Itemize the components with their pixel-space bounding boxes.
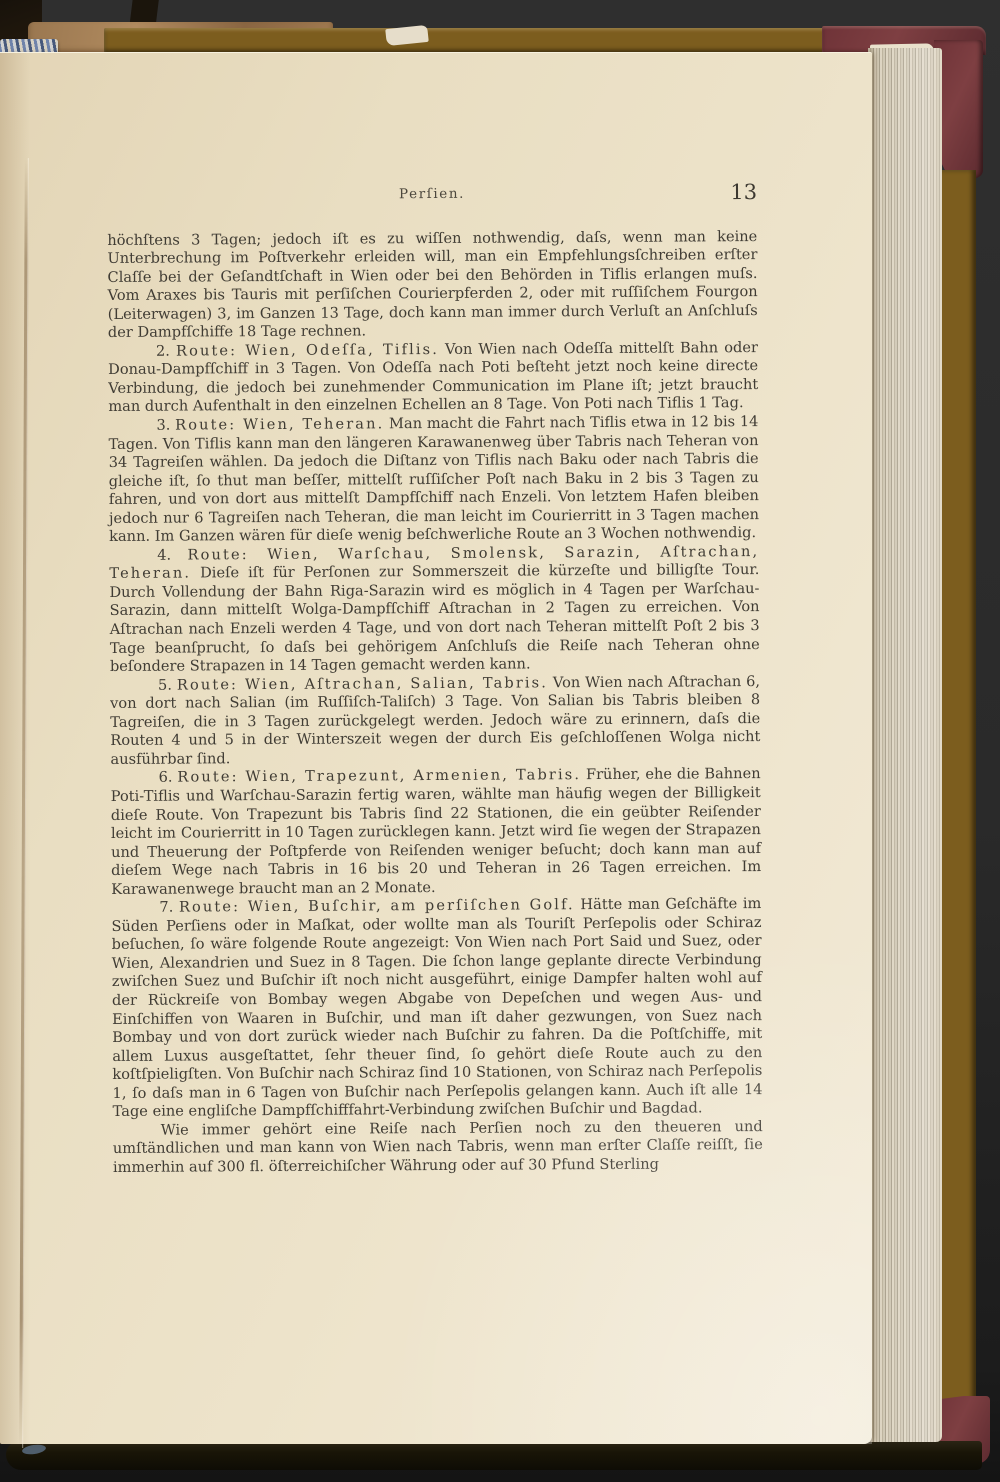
- route-number: 4.: [157, 546, 187, 563]
- route-number: 6.: [159, 769, 178, 786]
- paragraph-route-2: 2. Route: Wien, Odeſſa, Tiflis. Von Wien…: [108, 339, 758, 417]
- route-number: 3.: [156, 417, 175, 434]
- route-number: 7.: [159, 899, 179, 916]
- paragraph-route-3: 3. Route: Wien, Teheran. Man macht die F…: [108, 413, 759, 547]
- book-cover-marbled-right-edge: [936, 170, 976, 1408]
- gutter-crease-line: [19, 158, 29, 1448]
- photograph-of-book-page: { "palette":{ "background":"#2a2a2a", "p…: [0, 0, 1000, 1482]
- paragraph-route-6: 6. Route: Wien, Trapezunt, Armenien, Tab…: [111, 765, 762, 899]
- route-heading: Route: Wien, Buſchir, am perſiſchen Golf…: [179, 896, 575, 915]
- page-number: 13: [717, 183, 757, 202]
- route-heading: Route: Wien, Teheran.: [175, 415, 384, 433]
- book-cover-marbled-top-edge: [104, 28, 830, 53]
- paragraph-route-4: 4. Route: Wien, Warſchau, Smolensk, Sara…: [109, 543, 760, 677]
- paragraph-continuation: höchſtens 3 Tagen; jedoch iſt es zu wiſſ…: [107, 228, 758, 343]
- route-heading: Route: Wien, Aſtrachan, Salian, Tabris.: [177, 674, 548, 693]
- route-heading: Route: Wien, Odeſſa, Tiflis.: [176, 341, 439, 360]
- running-title: Perſien.: [147, 183, 717, 205]
- route-heading: Route: Wien, Trapezunt, Armenien, Tabris…: [177, 767, 581, 786]
- paragraph-closing: Wie immer gehört eine Reiſe nach Perſien…: [113, 1118, 763, 1178]
- page-header: Perſien. 13: [107, 183, 757, 206]
- book-bottom-board-edge: [6, 1441, 982, 1470]
- page-text-block: Perſien. 13 höchſtens 3 Tagen; jedoch iſ…: [107, 183, 763, 1177]
- paragraph-route-5: 5. Route: Wien, Aſtrachan, Salian, Tabri…: [110, 673, 761, 770]
- route-number: 5.: [158, 676, 177, 693]
- route-body: Hätte man Geſchäfte im Süden Perſiens od…: [111, 895, 762, 1120]
- route-body: Dieſe iſt für Perſonen zur Sommerszeit d…: [109, 561, 759, 675]
- route-number: 2.: [156, 342, 176, 359]
- page-fore-edge-stack: [868, 48, 942, 1442]
- paragraph-route-7: 7. Route: Wien, Buſchir, am perſiſchen G…: [111, 895, 762, 1122]
- book-page: Perſien. 13 höchſtens 3 Tagen; jedoch iſ…: [0, 52, 872, 1444]
